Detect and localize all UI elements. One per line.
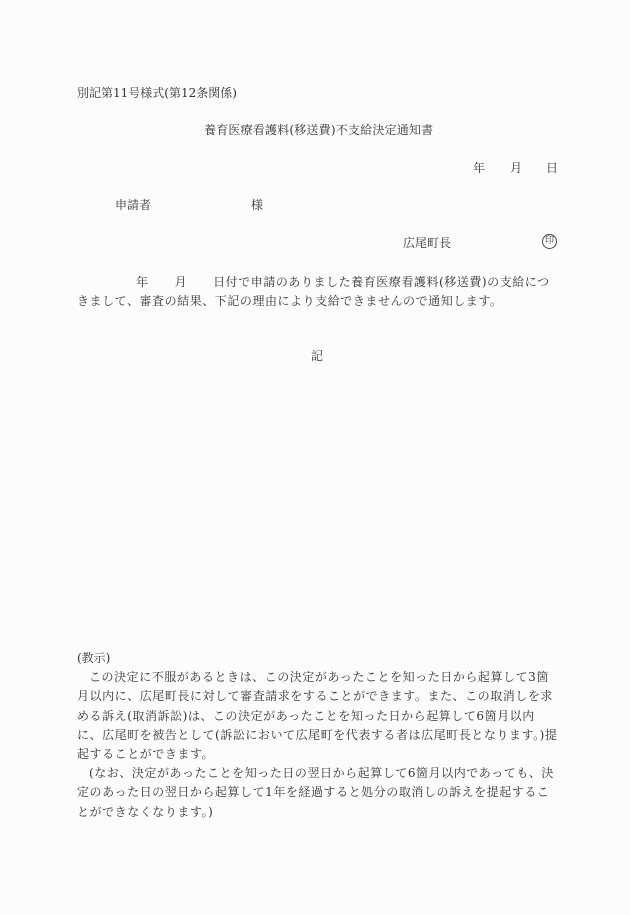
honorific: 様 (251, 198, 263, 212)
body-year-label: 年 (136, 275, 149, 289)
notice-body: 年月日付で申請のありました養育医療看護料(移送費)の支給につきまして、審査の結果… (77, 273, 558, 311)
applicant-label: 申請者 (115, 198, 151, 212)
ki-heading: 記 (311, 349, 323, 363)
month-label: 月 (510, 161, 522, 175)
body-month-label: 月 (175, 275, 188, 289)
form-number: 別記第11号様式(第12条関係) (77, 86, 237, 100)
document-title: 養育医療看護料(移送費)不支給決定通知書 (204, 123, 433, 137)
instruction-heading: (教示) (77, 649, 558, 668)
instruction-section: (教示) この決定に不服があるときは、この決定があったことを知った日から起算して… (77, 649, 558, 822)
issuer-name: 広尾町長 (403, 236, 451, 250)
applicant-line: 申請者様 (115, 198, 263, 212)
seal-icon: 印 (542, 234, 557, 249)
instruction-paragraph: (なお、決定があったことを知った日の翌日から起算して6箇月以内であっても、決定の… (77, 764, 558, 822)
day-label: 日 (546, 161, 558, 175)
instruction-paragraph: この決定に不服があるときは、この決定があったことを知った日から起算して3箇月以内… (77, 668, 558, 764)
issue-date: 年月日 (473, 161, 558, 175)
year-label: 年 (473, 161, 485, 175)
